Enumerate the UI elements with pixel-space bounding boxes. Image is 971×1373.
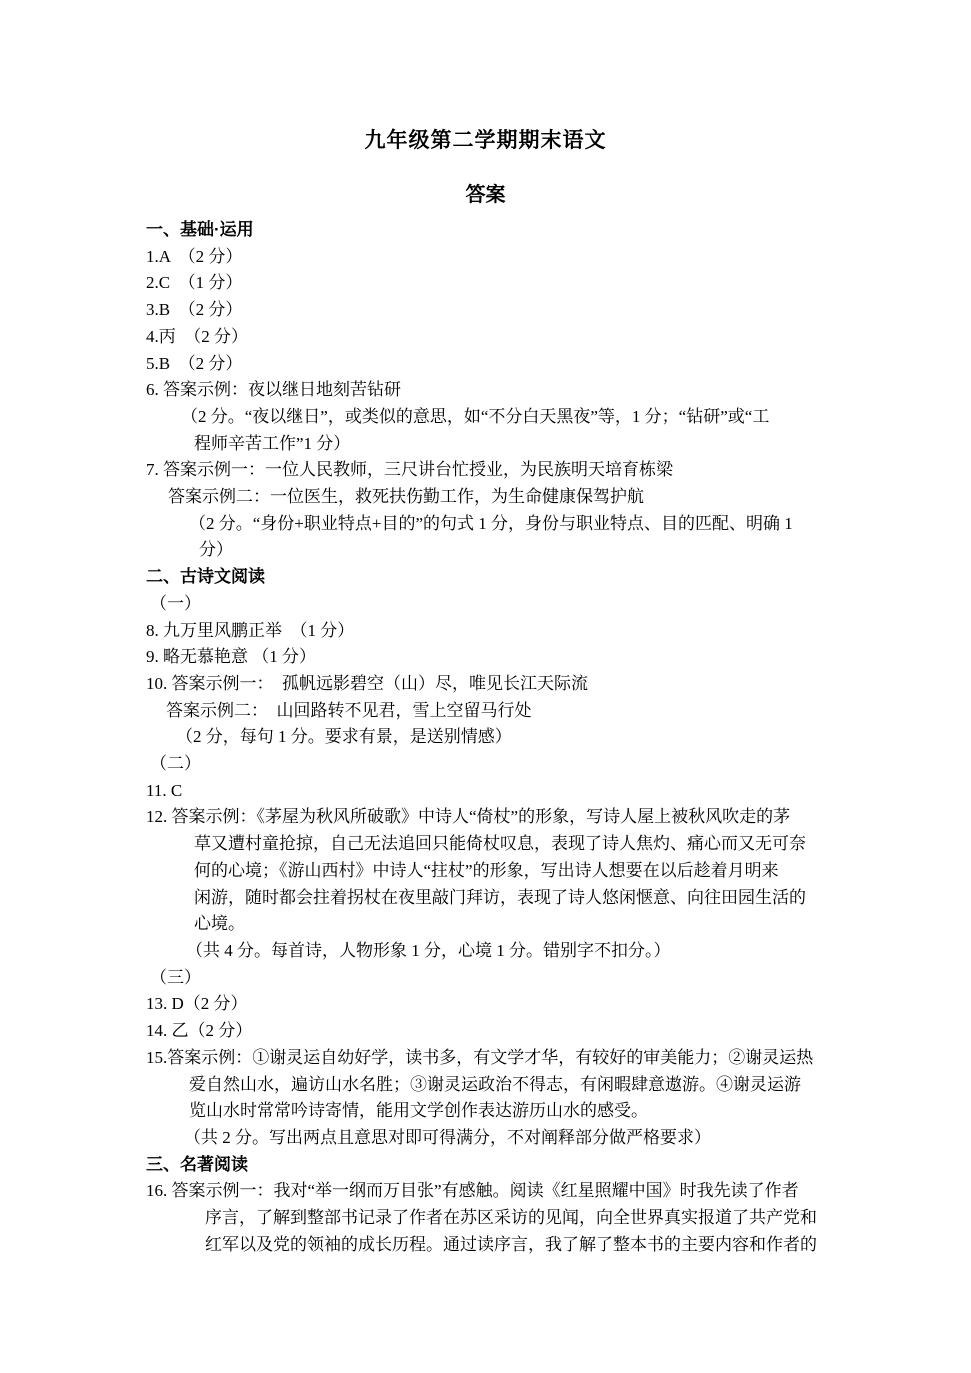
section-heading-2: 二、古诗文阅读 bbox=[146, 564, 846, 591]
answer-line-q12: 12. 答案示例：《茅屋为秋风所破歌》中诗人“倚杖”的形象，写诗人屋上被秋风吹走… bbox=[146, 804, 846, 831]
answer-line-q10-ex1: 10. 答案示例一： 孤帆远影碧空（山）尽，唯见长江天际流 bbox=[146, 671, 846, 698]
answer-line-q15-note: （共 2 分。写出两点且意思对即可得满分，不对阐释部分做严格要求） bbox=[146, 1125, 846, 1152]
answer-line-q1: 1.A （2 分） bbox=[146, 244, 846, 271]
answer-line-q16: 16. 答案示例一：我对“举一纲而万目张”有感触。阅读《红星照耀中国》时我先读了… bbox=[146, 1178, 846, 1205]
answer-line-q15-cont2: 览山水时常常吟诗寄情，能用文学创作表达游历山水的感受。 bbox=[146, 1098, 846, 1125]
answer-line-q6-note: （2 分。“夜以继日”，或类似的意思，如“不分白天黑夜”等，1 分；“钻研”或“… bbox=[146, 404, 846, 431]
subsection-label-1: （一） bbox=[146, 591, 846, 618]
subsection-label-3: （三） bbox=[146, 965, 846, 992]
answer-line-q15-cont1: 爱自然山水，遍访山水名胜；③谢灵运政治不得志，有闲暇肆意遨游。④谢灵运游 bbox=[146, 1072, 846, 1099]
answer-line-q6-note-cont: 程师辛苦工作”1 分） bbox=[146, 431, 846, 458]
answer-line-q4: 4.丙 （2 分） bbox=[146, 324, 846, 351]
subsection-label-2: （二） bbox=[146, 751, 846, 778]
answer-line-q8: 8. 九万里风鹏正举 （1 分） bbox=[146, 618, 846, 645]
answer-line-q7-note: （2 分。“身份+职业特点+目的”的句式 1 分，身份与职业特点、目的匹配、明确… bbox=[146, 511, 846, 538]
answer-line-q12-cont2: 何的心境；《游山西村》中诗人“拄杖”的形象，写出诗人想要在以后趁着月明来 bbox=[146, 858, 846, 885]
answer-line-q12-cont3: 闲游，随时都会拄着拐杖在夜里敲门拜访，表现了诗人悠闲惬意、向往田园生活的 bbox=[146, 885, 846, 912]
section-heading-1: 一、基础·运用 bbox=[146, 217, 846, 244]
answer-line-q5: 5.B （2 分） bbox=[146, 351, 846, 378]
answer-line-q9: 9. 略无慕艳意 （1 分） bbox=[146, 644, 846, 671]
answer-line-q7-ex2: 答案示例二：一位医生，救死扶伤勤工作，为生命健康保驾护航 bbox=[146, 484, 846, 511]
answer-line-q13: 13. D（2 分） bbox=[146, 991, 846, 1018]
doc-body: 一、基础·运用 1.A （2 分） 2.C （1 分） 3.B （2 分） 4.… bbox=[146, 217, 846, 1258]
answer-line-q16-cont2: 红军以及党的领袖的成长历程。通过读序言，我了解了整本书的主要内容和作者的 bbox=[146, 1232, 846, 1259]
answer-line-q10-note: （2 分，每句 1 分。要求有景，是送别情感） bbox=[146, 724, 846, 751]
doc-subtitle: 答案 bbox=[0, 184, 971, 206]
answer-line-q7-note-cont: 分） bbox=[146, 537, 846, 564]
answer-line-q12-cont1: 草又遭村童抢掠，自己无法追回只能倚杖叹息，表现了诗人焦灼、痛心而又无可奈 bbox=[146, 831, 846, 858]
answer-line-q2: 2.C （1 分） bbox=[146, 270, 846, 297]
doc-title: 九年级第二学期期末语文 bbox=[0, 129, 971, 153]
answer-line-q14: 14. 乙（2 分） bbox=[146, 1018, 846, 1045]
answer-line-q10-ex2: 答案示例二： 山回路转不见君，雪上空留马行处 bbox=[146, 698, 846, 725]
answer-line-q6: 6. 答案示例：夜以继日地刻苦钻研 bbox=[146, 377, 846, 404]
answer-line-q15: 15.答案示例：①谢灵运自幼好学，读书多，有文学才华，有较好的审美能力；②谢灵运… bbox=[146, 1045, 846, 1072]
document-page: 九年级第二学期期末语文 答案 一、基础·运用 1.A （2 分） 2.C （1 … bbox=[0, 0, 971, 1373]
answer-line-q12-note: （共 4 分。每首诗，人物形象 1 分，心境 1 分。错别字不扣分。） bbox=[146, 938, 846, 965]
answer-line-q7-ex1: 7. 答案示例一：一位人民教师，三尺讲台忙授业，为民族明天培育栋梁 bbox=[146, 457, 846, 484]
answer-line-q16-cont1: 序言，了解到整部书记录了作者在苏区采访的见闻，向全世界真实报道了共产党和 bbox=[146, 1205, 846, 1232]
answer-line-q3: 3.B （2 分） bbox=[146, 297, 846, 324]
answer-line-q12-cont4: 心境。 bbox=[146, 911, 846, 938]
section-heading-3: 三、名著阅读 bbox=[146, 1152, 846, 1179]
answer-line-q11: 11. C bbox=[146, 778, 846, 805]
